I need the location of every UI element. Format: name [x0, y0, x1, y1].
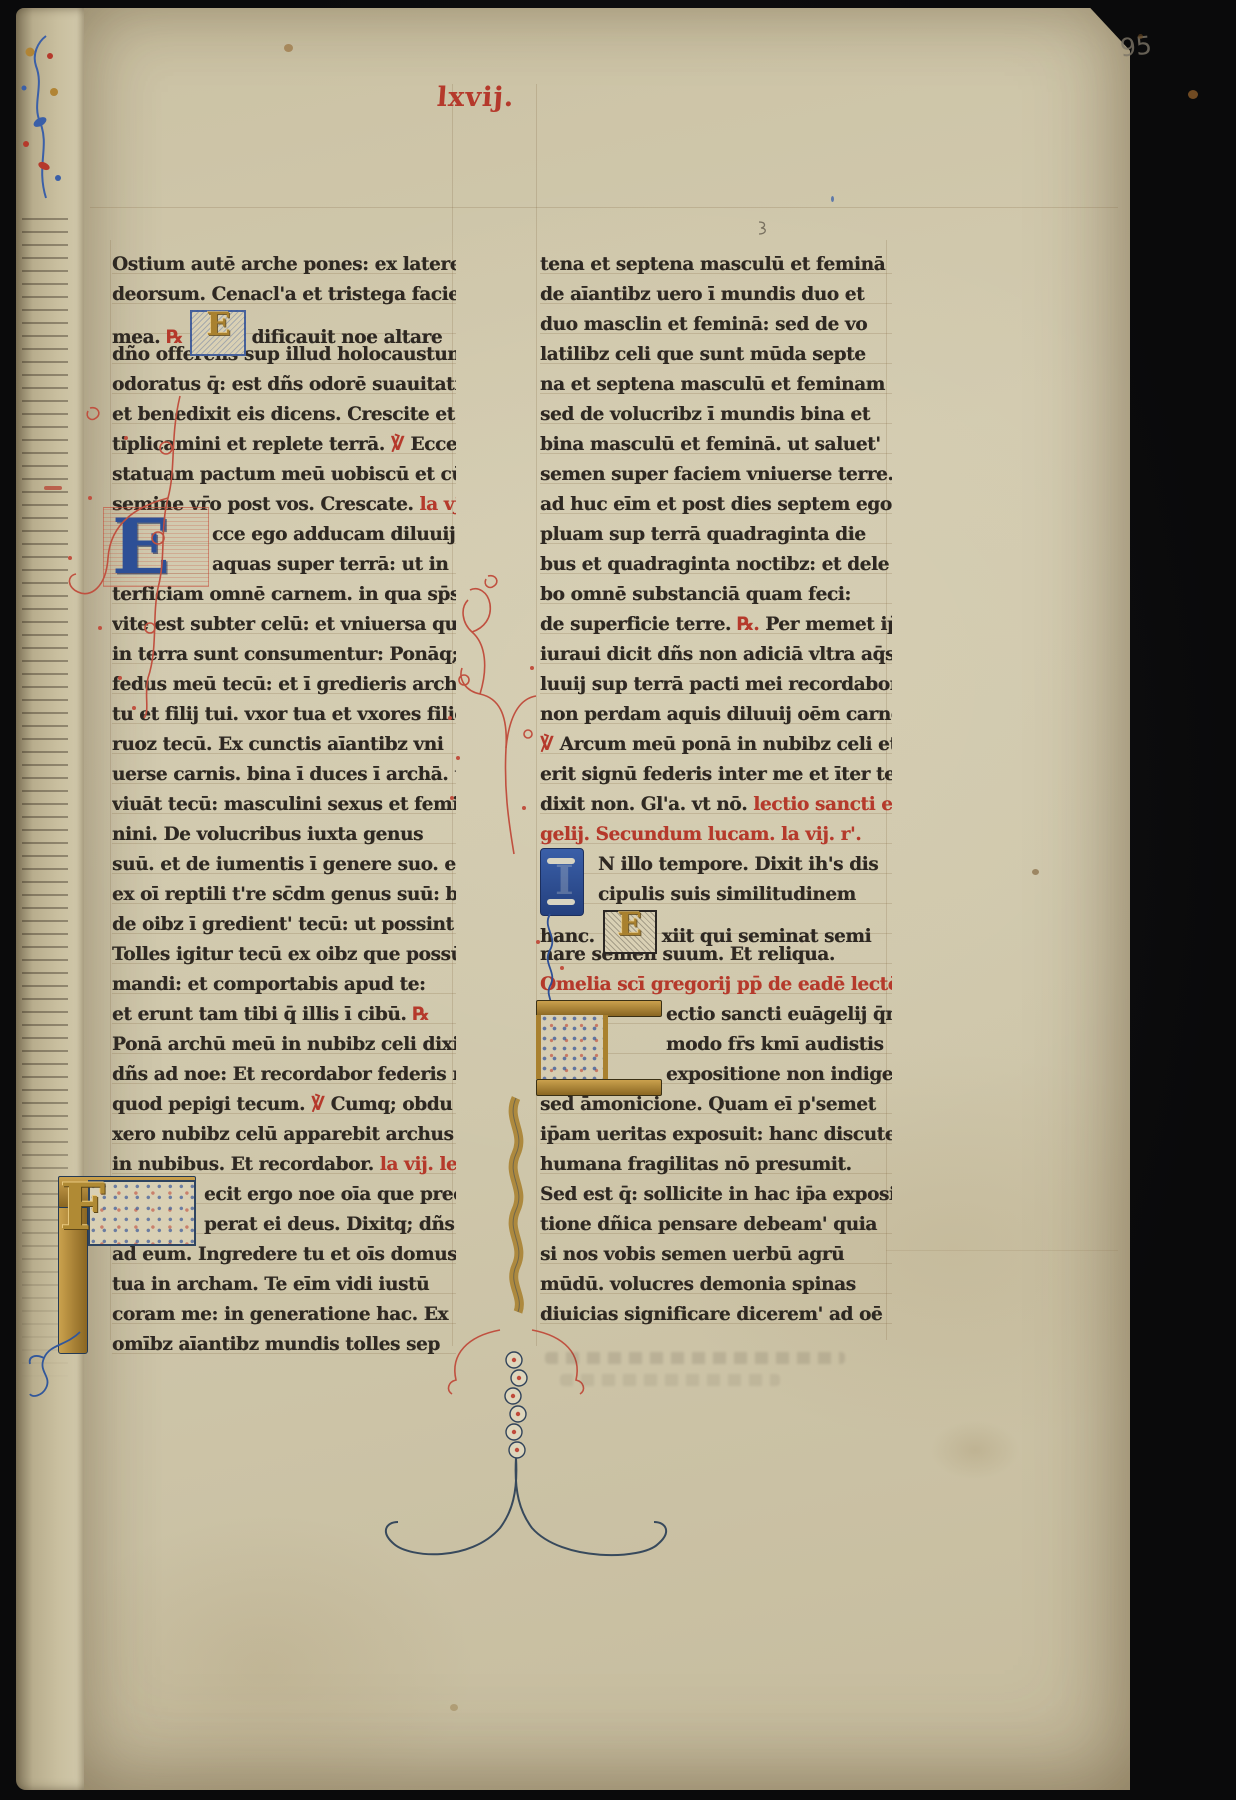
text-line: mea. ℞ Edificauit noe altare — [112, 310, 456, 340]
body-text: ruoz tecū. Ex cunctis aīantibz vni — [112, 734, 443, 755]
text-line: Tolles igitur tecū ex oibz que possūt — [112, 940, 456, 970]
show-through-ghost — [545, 1352, 845, 1364]
body-text: ad huc eīm et post dies septem ego — [540, 494, 892, 515]
body-text: bus et quadraginta noctibz: et dele — [540, 554, 889, 575]
text-line: dñs ad noe: Et recordabor federis mei — [112, 1060, 456, 1090]
parchment-stain — [930, 1420, 1020, 1480]
initial-letter: E — [192, 309, 244, 339]
body-text: et erunt tam tibi q̄ illis ī cibū. — [112, 1004, 412, 1025]
cadel-tail-flourish — [350, 1092, 750, 1592]
body-text: tena et septena masculū et feminā — [540, 254, 885, 275]
text-line: latilibz celi que sunt mūda septe — [540, 340, 892, 370]
text-line: mandi: et comportabis apud te: — [112, 970, 456, 1000]
body-text: Tolles igitur tecū ex oibz que possūt — [112, 944, 456, 965]
body-text: mandi: et comportabis apud te: — [112, 974, 425, 995]
initial-l-panel — [536, 1015, 608, 1079]
body-text: semen super faciem vniuerse terre. — [540, 464, 892, 485]
ruling-line-top — [90, 207, 1118, 208]
body-text: Arcum meū ponā in nubibz celi et — [560, 734, 892, 755]
text-line: erit signū federis inter me et īter terr… — [540, 760, 892, 790]
body-text: expositione non indiget — [666, 1064, 892, 1085]
initial-l-gold: L — [536, 1000, 660, 1096]
text-line: na et septena masculū et feminam — [540, 370, 892, 400]
body-text: Ecce ego — [410, 434, 456, 455]
body-text: dño offerens sup illud holocaustum — [112, 344, 456, 365]
body-text: deorsum. Cenacl'a et tristega facies — [112, 284, 456, 305]
text-line: uerse carnis. bina ī duces ī archā. ut — [112, 760, 456, 790]
body-text: erit signū federis inter me et īter terr… — [540, 764, 892, 785]
text-line: dño offerens sup illud holocaustum — [112, 340, 456, 370]
text-line: ex oī reptili t're sc̄dm genus suū: bina — [112, 880, 456, 910]
foxing-spot — [450, 1704, 458, 1711]
body-text: in nubibus. Et recordabor. — [112, 1154, 380, 1175]
blue-penwork-chain — [528, 912, 572, 1004]
text-line: ad huc eīm et post dies septem ego — [540, 490, 892, 520]
body-text: dñs ad noe: Et recordabor federis mei — [112, 1064, 456, 1085]
text-line: de aīantibz uero ī mundis duo et — [540, 280, 892, 310]
text-line: viuāt tecū: masculini sexus et femi — [112, 790, 456, 820]
text-line: suū. et de iumentis ī genere suo. et — [112, 850, 456, 880]
text-line: hanc. Exiit qui seminat semi — [540, 910, 892, 940]
body-text: bo omnē substanciā quam feci: — [540, 584, 851, 605]
text-line: cipulis suis similitudinem — [540, 880, 892, 910]
body-text: latilibz celi que sunt mūda septe — [540, 344, 866, 365]
foxing-spot — [1188, 90, 1198, 99]
text-line: sed de volucribz ī mundis bina et — [540, 400, 892, 430]
body-text: dixit non. Gl'a. vt nō. — [540, 794, 753, 815]
initial-f-gold: F — [56, 1176, 196, 1354]
text-line: bus et quadraginta noctibz: et dele — [540, 550, 892, 580]
body-text: modo fr̄s kmī audistis — [666, 1034, 883, 1055]
text-line: semen super faciem vniuerse terre. — [540, 460, 892, 490]
body-text: duo masclin et feminā: sed de vo — [540, 314, 867, 335]
folio-header-numeral: lxvij. — [436, 82, 516, 113]
body-text: ex oī reptili t're sc̄dm genus suū: bina — [112, 884, 456, 905]
text-line: bo omnē substanciā quam feci: — [540, 580, 892, 610]
ruling-line-bottom — [886, 1250, 1118, 1251]
text-line: N illo tempore. Dixit ih's dis — [540, 850, 892, 880]
body-text: viuāt tecū: masculini sexus et femi — [112, 794, 456, 815]
text-line: bina masculū et feminā. ut saluet' — [540, 430, 892, 460]
rubric-text: gelij. Secundum lucam. la vij. r'. — [540, 824, 861, 845]
body-text: luuij sup terrā pacti mei recordabor: vt — [540, 674, 892, 695]
body-text: uerse carnis. bina ī duces ī archā. ut — [112, 764, 456, 785]
text-line: Ostium autē arche pones: ex latere — [112, 250, 456, 280]
body-text: cce ego adducam diluuij — [212, 524, 455, 545]
rubric-text: ℞. — [737, 614, 765, 635]
foxing-spot — [284, 44, 293, 52]
text-line: tena et septena masculū et feminā — [540, 250, 892, 280]
rubric-text: ℣ — [311, 1094, 331, 1115]
rubric-text: ℞ — [412, 1004, 428, 1025]
pencil-foliation: 95 — [1119, 30, 1154, 62]
body-text: non perdam aquis diluuij oēm carnē. — [540, 704, 892, 725]
ink-dot — [831, 196, 834, 202]
body-text: Ponā archū meū in nubibz celi dixit — [112, 1034, 456, 1055]
body-text: de aīantibz uero ī mundis duo et — [540, 284, 864, 305]
body-text: pluam sup terrā quadraginta die — [540, 524, 866, 545]
body-text: suū. et de iumentis ī genere suo. et — [112, 854, 456, 875]
text-line: non perdam aquis diluuij oēm carnē. — [540, 700, 892, 730]
previous-folio-edge — [16, 8, 92, 1790]
text-line: ruoz tecū. Ex cunctis aīantibz vni — [112, 730, 456, 760]
text-line: nini. De volucribus iuxta genus — [112, 820, 456, 850]
body-text: nare semen suum. Et reliqua. — [540, 944, 835, 965]
text-line: iuraui dicit dñs non adiciā vltra aq̄s d… — [540, 640, 892, 670]
scribal-squiggle-mark — [756, 220, 770, 236]
text-line: Ponā archū meū in nubibz celi dixit — [112, 1030, 456, 1060]
text-line: luuij sup terrā pacti mei recordabor: vt — [540, 670, 892, 700]
initial-e_gold_small: E — [190, 310, 246, 356]
text-line: de oibz ī gredient' tecū: ut possint viu… — [112, 910, 456, 940]
body-text: cipulis suis similitudinem — [598, 884, 856, 905]
rubric-text: la vj. lecō. — [420, 494, 457, 515]
text-line: duo masclin et feminā: sed de vo — [540, 310, 892, 340]
text-line: dixit non. Gl'a. vt nō. lectio sancti eu… — [540, 790, 892, 820]
body-text: aquas super terrā: ut in — [212, 554, 448, 575]
rubric-text: lectio sancti euā — [753, 794, 892, 815]
text-line: et erunt tam tibi q̄ illis ī cibū. ℞ — [112, 1000, 456, 1030]
rubric-text: ℣ — [391, 434, 411, 455]
marginal-foliate-decoration — [16, 26, 76, 206]
initial-letter: E — [605, 909, 655, 939]
body-text: ectio sancti euāgelij q̄m — [666, 1004, 892, 1025]
body-text: de superficie terre. — [540, 614, 737, 635]
initial-i-blue: I — [540, 848, 584, 916]
body-text: Per memet ip̄m — [765, 614, 892, 635]
body-text: Ostium autē arche pones: ex latere — [112, 254, 456, 275]
text-line: deorsum. Cenacl'a et tristega facies — [112, 280, 456, 310]
blue-flourish-f-foot — [26, 1330, 106, 1400]
initial-e_gold_exiit: E — [603, 910, 657, 954]
text-line: de superficie terre. ℞. Per memet ip̄m — [540, 610, 892, 640]
foxing-spot — [1138, 34, 1143, 39]
text-line: Omelia scī gregorij pp̄ de eadē lectōe. — [540, 970, 892, 1000]
text-line: ℣ Arcum meū ponā in nubibz celi et — [540, 730, 892, 760]
body-text: nini. De volucribus iuxta genus — [112, 824, 423, 845]
body-text: de oibz ī gredient' tecū: ut possint viu… — [112, 914, 456, 935]
show-through-ghost — [560, 1374, 780, 1386]
rubric-text: Omelia scī gregorij pp̄ de eadē lectōe. — [540, 974, 892, 995]
body-text: N illo tempore. Dixit ih's dis — [598, 854, 878, 875]
text-line: pluam sup terrā quadraginta die — [540, 520, 892, 550]
body-text: na et septena masculū et feminam — [540, 374, 885, 395]
body-text: quod pepigi tecum. — [112, 1094, 311, 1115]
red-filigree-left-margin — [30, 378, 230, 723]
body-text: sed de volucribz ī mundis bina et — [540, 404, 870, 425]
foxing-spot — [1032, 869, 1039, 875]
body-text: bina masculū et feminā. ut saluet' — [540, 434, 881, 455]
manuscript-photo: lxvij. 95 Ostium autē arche pones: ex la… — [0, 0, 1236, 1800]
text-line: gelij. Secundum lucam. la vij. r'. — [540, 820, 892, 850]
red-penwork-fountain — [428, 548, 544, 858]
body-text: iuraui dicit dñs non adiciā vltra aq̄s d… — [540, 644, 892, 665]
